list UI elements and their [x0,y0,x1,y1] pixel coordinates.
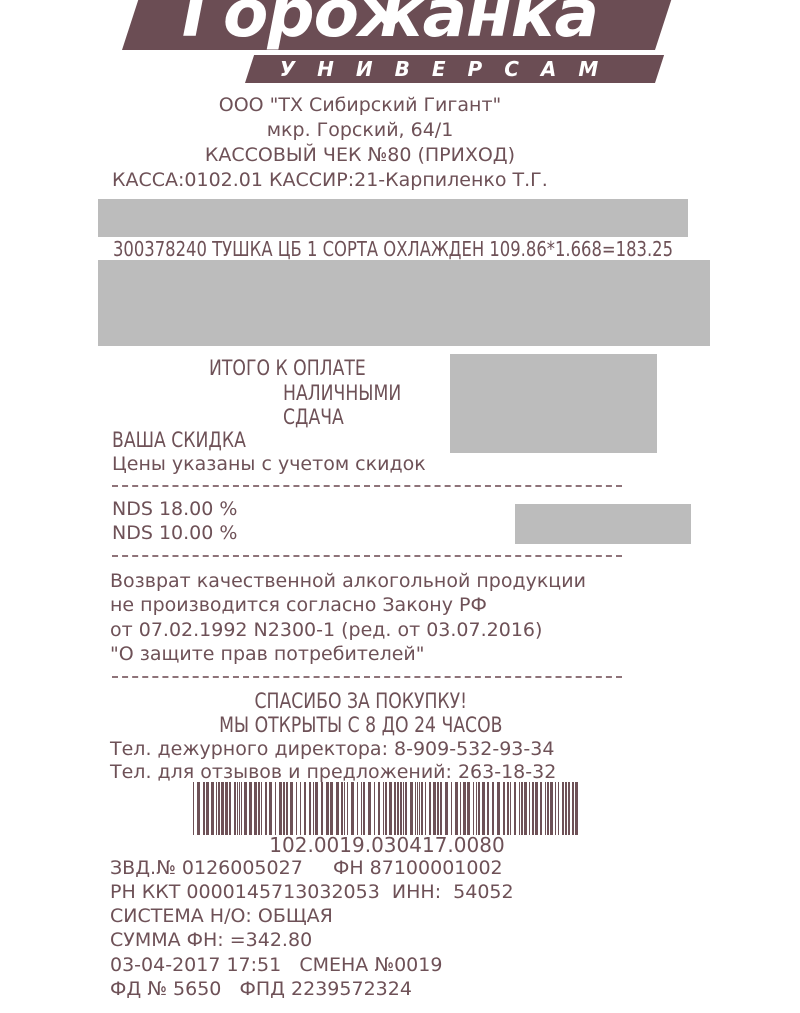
separator [112,485,622,487]
store-address: мкр. Горский, 64/1 [100,118,620,142]
barcode-bar [286,782,288,835]
barcode-bar [510,782,511,835]
barcode-bar [237,782,238,835]
barcode-bar [482,782,485,835]
barcode-bar [347,782,348,835]
barcode-bar [540,782,542,835]
barcode-bar [249,782,252,835]
barcode-bar [258,782,260,835]
barcode-bar [575,782,578,835]
discount-label: ВАША СКИДКА [112,428,246,452]
barcode-bar [309,782,311,835]
legal-notice-line: не производится согласно Закону РФ [110,593,487,617]
barcode-bar [410,782,413,835]
barcode-bar [460,782,461,835]
item-line: 300378240 ТУШКА ЦБ 1 СОРТА ОХЛАЖДЕН 109.… [113,237,673,261]
barcode-bar [524,782,527,835]
separator [112,676,622,678]
register-cashier-line: КАССА:0102.01 КАССИР:21-Карпиленко Т.Г. [112,168,548,192]
legal-notice-line: Возврат качественной алкогольной продукц… [110,569,586,593]
barcode-bar [565,782,567,835]
barcode-bar [467,782,470,835]
redacted-block [515,504,691,544]
barcode-bar [400,782,402,835]
barcode-bar [478,782,480,835]
barcode-bar [463,782,466,835]
barcode-bar [254,782,257,835]
barcode-bar [357,782,358,835]
barcode-bar [558,782,559,835]
barcode-bar [451,782,452,835]
barcode-bar [497,782,500,835]
director-phone: Тел. дежурного директора: 8-909-532-93-3… [110,737,554,761]
barcode-bar [415,782,416,835]
barcode-bar [374,782,375,835]
barcode-bar [211,782,214,835]
barcode-bar [203,782,205,835]
barcode-bar [304,782,306,835]
fn-sum: СУММА ФН: =342.80 [110,928,312,952]
barcode-bar [315,782,318,835]
barcode-bar [473,782,474,835]
barcode-bar [545,782,546,835]
barcode-bar [433,782,436,835]
barcode-bar [440,782,442,835]
barcode-bar [405,782,407,835]
store-logo-subtitle: УНИВЕРСАМ [250,55,650,83]
tax-system: СИСТЕМА Н/О: ОБЩАЯ [110,904,333,928]
barcode-bar [206,782,209,835]
redacted-block [98,199,688,237]
barcode-bar [487,782,489,835]
legal-notice-line: "О защите прав потребителей" [110,642,425,666]
barcode-bar [514,782,516,835]
barcode-bar [421,782,423,835]
barcode-bar [445,782,448,835]
barcode-bar [529,782,530,835]
redacted-block [98,260,710,346]
barcode-bar [368,782,371,835]
barcode-bar [394,782,396,835]
barcode-bar [341,782,343,835]
barcode-bar [290,782,293,835]
fiscal-zvd-line: ЗВД.№ 0126005027 ФН 87100001002 [110,856,503,880]
barcode-bar [296,782,297,835]
barcode-bar [425,782,426,835]
fiscal-document-line: ФД № 5650 ФПД 2239572324 [110,977,412,1001]
barcode-bar [300,782,301,835]
barcode-bar [555,782,556,835]
barcode-bar [234,782,236,835]
feedback-phone: Тел. для отзывов и предложений: 263-18-3… [110,760,556,784]
barcode-bar [265,782,267,835]
barcode-bar [336,782,339,835]
barcode-bar [275,782,276,835]
datetime-shift: 03-04-2017 17:51 СМЕНА №0019 [110,953,442,977]
receipt-title: КАССОВЫЙ ЧЕК №80 (ПРИХОД) [100,143,620,167]
separator [112,555,622,557]
barcode-bar [547,782,549,835]
barcode-bar [507,782,509,835]
fiscal-rn-line: РН ККТ 0000145713032053 ИНН: 54052 [110,880,514,904]
barcode-bar [535,782,538,835]
redacted-block [450,354,657,453]
barcode-bar [330,782,333,835]
barcode-bar [221,782,224,835]
barcode-bar [283,782,285,835]
opening-hours: МЫ ОТКРЫТЫ С 8 ДО 24 ЧАСОВ [100,713,622,737]
barcode-bar [455,782,458,835]
barcode-bar [225,782,228,835]
barcode-bar [437,782,439,835]
company-name: ООО "ТХ Сибирский Гигант" [100,93,620,117]
barcode-bar [361,782,362,835]
barcode-bar [532,782,534,835]
barcode-bar [326,782,329,835]
barcode-bar [417,782,418,835]
barcode-bar [351,782,354,835]
barcode-bar [389,782,392,835]
barcode-bar [476,782,477,835]
barcode-bar [261,782,262,835]
tax-line: NDS 18.00 % [112,497,237,521]
barcode-bar [241,782,242,835]
receipt-barcode [193,782,581,835]
barcode-bar [521,782,523,835]
barcode-bar [519,782,520,835]
legal-notice-line: от 07.02.1992 N2300-1 (ред. от 03.07.201… [110,618,542,642]
barcode-bar [492,782,494,835]
barcode-bar [562,782,564,835]
discount-note: Цены указаны с учетом скидок [112,452,426,476]
barcode-bar [313,782,314,835]
barcode-bar [229,782,231,835]
change-label: СДАЧА [283,405,344,429]
barcode-bar [344,782,345,835]
barcode-number: 102.0019.030417.0080 [193,834,581,856]
barcode-bar [197,782,200,835]
barcode-bar [429,782,431,835]
barcode-bar [279,782,282,835]
barcode-bar [378,782,380,835]
barcode-bar [550,782,553,835]
thanks-message: СПАСИБО ЗА ПОКУПКУ! [100,689,622,713]
barcode-bar [193,782,194,835]
barcode-bar [397,782,399,835]
barcode-bar [269,782,272,835]
total-label: ИТОГО К ОПЛАТЕ [209,356,366,380]
barcode-bar [572,782,574,835]
barcode-bar [403,782,404,835]
barcode-bar [218,782,220,835]
store-logo-name: Горожанка [140,0,640,50]
barcode-bar [568,782,570,835]
barcode-bar [244,782,247,835]
barcode-bar [383,782,384,835]
barcode-bar [503,782,505,835]
barcode-bar [216,782,217,835]
cash-label: НАЛИЧНЫМИ [283,381,401,405]
barcode-bar [321,782,323,835]
barcode-bar [385,782,387,835]
barcode-bar [239,782,240,835]
tax-line: NDS 10.00 % [112,521,237,545]
barcode-bar [363,782,365,835]
barcode-bar [419,782,420,835]
